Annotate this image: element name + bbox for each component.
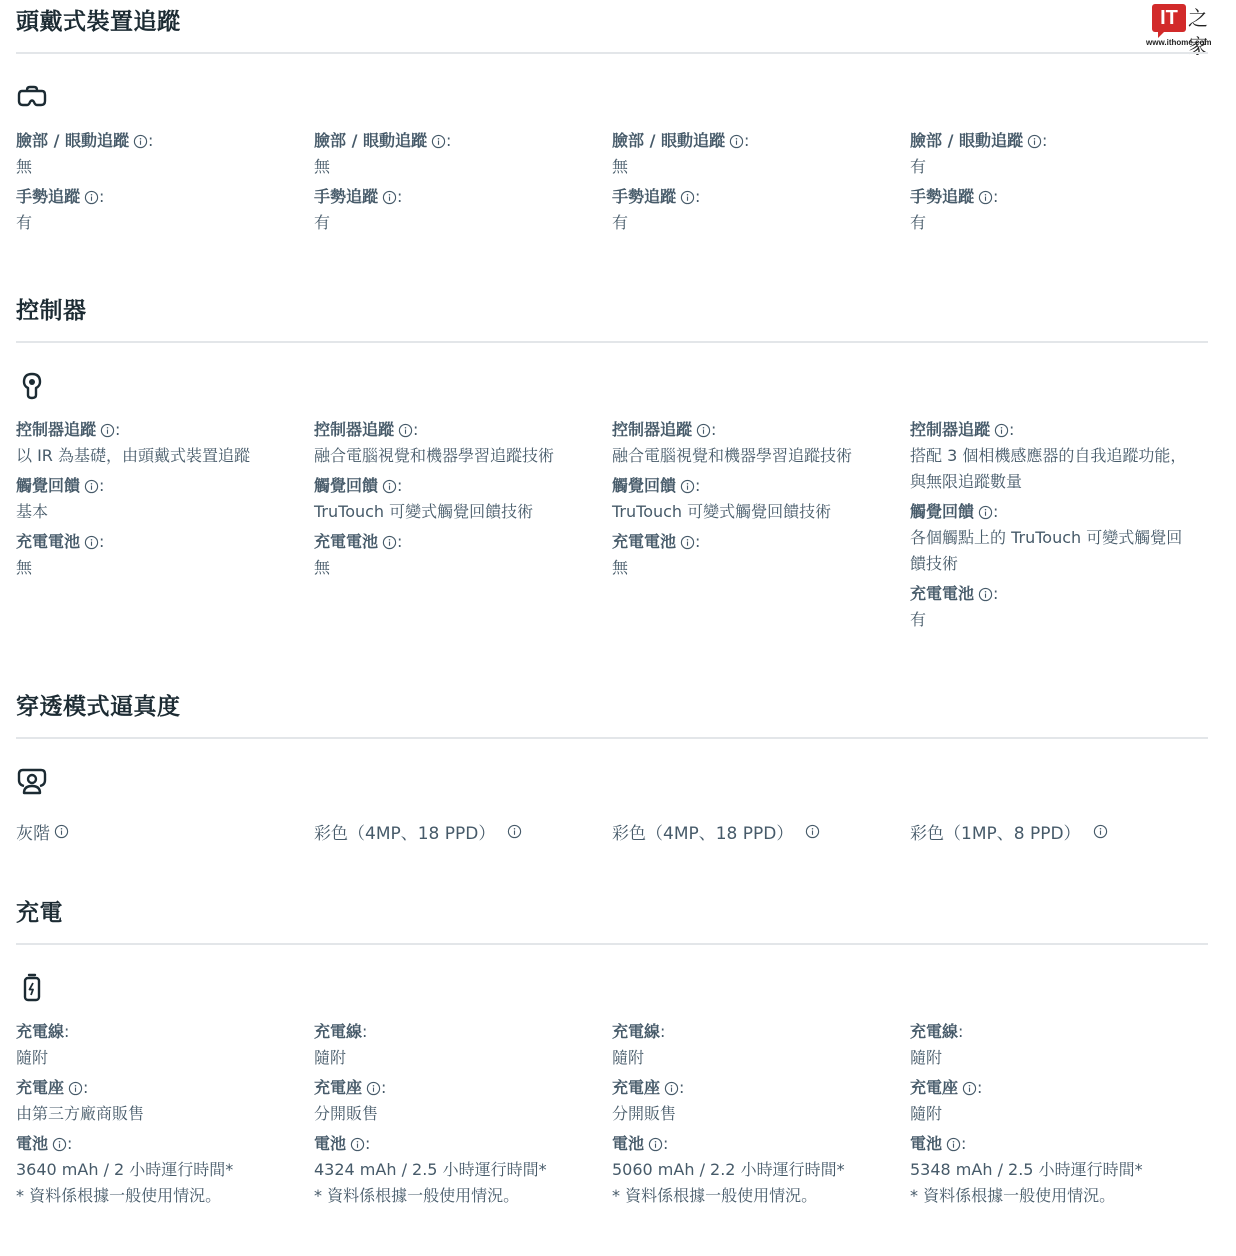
spec-label: 充電線: [612, 1019, 890, 1045]
spec-value: 無 [612, 154, 890, 180]
spec-label: 充電電池: [612, 529, 890, 555]
info-icon[interactable] [84, 479, 99, 494]
spec-value: 隨附 [314, 1045, 592, 1071]
divider [16, 341, 1208, 343]
spec-label: 手勢追蹤: [612, 184, 890, 210]
info-icon[interactable] [805, 824, 820, 839]
passthrough-value: 彩色（4MP、18 PPD） [314, 819, 612, 844]
spec-value: 有 [910, 210, 1188, 236]
spec-label: 控制器追蹤: [910, 417, 1188, 443]
headset-column: 臉部 / 眼動追蹤: 無 手勢追蹤: 有 [612, 128, 910, 240]
info-icon[interactable] [350, 1137, 365, 1152]
spec-label: 電池: [910, 1131, 1188, 1157]
spec-label: 充電線: [314, 1019, 592, 1045]
spec-value: 無 [314, 154, 592, 180]
controller-column: 控制器追蹤: 以 IR 為基礎，由頭戴式裝置追蹤 觸覺回饋: 基本 充電電池: … [16, 417, 314, 637]
spec-value: 5348 mAh / 2.5 小時運行時間* [910, 1157, 1188, 1183]
footnote: * 資料係根據一般使用情況。 [612, 1183, 890, 1209]
spec-value: 搭配 3 個相機感應器的自我追蹤功能，與無限追蹤數量 [910, 443, 1188, 495]
spec-label: 控制器追蹤: [16, 417, 294, 443]
info-icon[interactable] [994, 423, 1009, 438]
spec-label: 手勢追蹤: [910, 184, 1188, 210]
spec-value: 有 [16, 210, 294, 236]
spec-label: 充電電池: [16, 529, 294, 555]
spec-label: 電池: [314, 1131, 592, 1157]
section-title: 充電 [16, 895, 1208, 931]
info-icon[interactable] [382, 479, 397, 494]
spec-value: 無 [314, 555, 592, 581]
spec-label: 臉部 / 眼動追蹤: [16, 128, 294, 154]
info-icon[interactable] [680, 535, 695, 550]
spec-label: 手勢追蹤: [16, 184, 294, 210]
spec-label: 充電座: [16, 1075, 294, 1101]
spec-label: 觸覺回饋: [612, 473, 890, 499]
info-icon[interactable] [978, 587, 993, 602]
info-icon[interactable] [100, 423, 115, 438]
headset-column: 臉部 / 眼動追蹤: 無 手勢追蹤: 有 [314, 128, 612, 240]
spec-label: 充電座: [314, 1075, 592, 1101]
charging-column: 充電線: 隨附 充電座: 由第三方廠商販售 電池: 3640 mAh / 2 小… [16, 1019, 314, 1209]
spec-label: 臉部 / 眼動追蹤: [910, 128, 1188, 154]
section-title: 穿透模式逼真度 [16, 689, 1208, 725]
spec-label: 臉部 / 眼動追蹤: [314, 128, 592, 154]
info-icon[interactable] [382, 190, 397, 205]
divider [16, 52, 1208, 54]
spec-value: 基本 [16, 499, 294, 525]
spec-value: 由第三方廠商販售 [16, 1101, 294, 1127]
info-icon[interactable] [382, 535, 397, 550]
info-icon[interactable] [696, 423, 711, 438]
passthrough-values: 灰階 彩色（4MP、18 PPD） 彩色（4MP、18 PPD） 彩色（1MP、… [16, 819, 1208, 844]
info-icon[interactable] [398, 423, 413, 438]
charging-column: 充電線: 隨附 充電座: 分開販售 電池: 5060 mAh / 2.2 小時運… [612, 1019, 910, 1209]
passthrough-value: 灰階 [16, 819, 314, 844]
info-icon[interactable] [978, 190, 993, 205]
spec-value: 3640 mAh / 2 小時運行時間* [16, 1157, 294, 1183]
section-passthrough: 穿透模式逼真度 灰階 彩色（4MP、18 PPD） 彩色（4MP、18 PPD）… [16, 689, 1208, 844]
spec-label: 手勢追蹤: [314, 184, 592, 210]
divider [16, 943, 1208, 945]
spec-label: 充電線: [910, 1019, 1188, 1045]
section-headset-tracking: 頭戴式裝置追蹤 臉部 / 眼動追蹤: 無 手勢追蹤: 有 臉部 / 眼動追蹤: … [16, 4, 1208, 240]
spec-value: 隨附 [910, 1101, 1188, 1127]
spec-value: 各個觸點上的 TruTouch 可變式觸覺回饋技術 [910, 525, 1188, 577]
spec-value: 有 [612, 210, 890, 236]
spec-value: 無 [612, 555, 890, 581]
info-icon[interactable] [68, 1081, 83, 1096]
spec-value: 隨附 [16, 1045, 294, 1071]
info-icon[interactable] [84, 190, 99, 205]
footnote: * 資料係根據一般使用情況。 [910, 1183, 1188, 1209]
spec-value: 無 [16, 555, 294, 581]
info-icon[interactable] [962, 1081, 977, 1096]
vr-headset-icon [16, 80, 48, 112]
spec-label: 觸覺回饋: [314, 473, 592, 499]
spec-value: 融合電腦視覺和機器學習追蹤技術 [612, 443, 890, 469]
controller-column: 控制器追蹤: 搭配 3 個相機感應器的自我追蹤功能，與無限追蹤數量 觸覺回饋: … [910, 417, 1208, 637]
section-title: 頭戴式裝置追蹤 [16, 4, 1208, 40]
spec-value: 5060 mAh / 2.2 小時運行時間* [612, 1157, 890, 1183]
info-icon[interactable] [978, 505, 993, 520]
spec-value: 分開販售 [314, 1101, 592, 1127]
spec-value: 有 [910, 607, 1188, 633]
spec-label: 臉部 / 眼動追蹤: [612, 128, 890, 154]
info-icon[interactable] [133, 134, 148, 149]
footnote: * 資料係根據一般使用情況。 [314, 1183, 592, 1209]
spec-label: 電池: [612, 1131, 890, 1157]
info-icon[interactable] [54, 824, 69, 839]
spec-value: 無 [16, 154, 294, 180]
charging-columns: 充電線: 隨附 充電座: 由第三方廠商販售 電池: 3640 mAh / 2 小… [16, 1019, 1208, 1209]
spec-value: 分開販售 [612, 1101, 890, 1127]
spec-label: 觸覺回饋: [16, 473, 294, 499]
info-icon[interactable] [680, 190, 695, 205]
controller-column: 控制器追蹤: 融合電腦視覺和機器學習追蹤技術 觸覺回饋: TruTouch 可變… [314, 417, 612, 637]
spec-value: TruTouch 可變式觸覺回饋技術 [612, 499, 890, 525]
info-icon[interactable] [729, 134, 744, 149]
spec-label: 充電電池: [910, 581, 1188, 607]
controller-columns: 控制器追蹤: 以 IR 為基礎，由頭戴式裝置追蹤 觸覺回饋: 基本 充電電池: … [16, 417, 1208, 637]
info-icon[interactable] [680, 479, 695, 494]
info-icon[interactable] [648, 1137, 663, 1152]
info-icon[interactable] [1093, 824, 1108, 839]
battery-charging-icon [16, 971, 48, 1003]
headset-column: 臉部 / 眼動追蹤: 無 手勢追蹤: 有 [16, 128, 314, 240]
info-icon[interactable] [366, 1081, 381, 1096]
info-icon[interactable] [946, 1137, 961, 1152]
divider [16, 737, 1208, 739]
spec-value: TruTouch 可變式觸覺回饋技術 [314, 499, 592, 525]
info-icon[interactable] [431, 134, 446, 149]
spec-label: 充電座: [910, 1075, 1188, 1101]
spec-value: 以 IR 為基礎，由頭戴式裝置追蹤 [16, 443, 294, 469]
charging-column: 充電線: 隨附 充電座: 隨附 電池: 5348 mAh / 2.5 小時運行時… [910, 1019, 1208, 1209]
spec-label: 電池: [16, 1131, 294, 1157]
spec-value: 隨附 [612, 1045, 890, 1071]
section-charging: 充電 充電線: 隨附 充電座: 由第三方廠商販售 電池: 3640 mAh / … [16, 895, 1208, 1209]
info-icon[interactable] [84, 535, 99, 550]
spec-label: 控制器追蹤: [612, 417, 890, 443]
footnote: * 資料係根據一般使用情況。 [16, 1183, 294, 1209]
spec-label: 控制器追蹤: [314, 417, 592, 443]
spec-value: 有 [910, 154, 1188, 180]
spec-label: 充電座: [612, 1075, 890, 1101]
spec-value: 有 [314, 210, 592, 236]
passthrough-person-icon [16, 765, 48, 797]
spec-value: 4324 mAh / 2.5 小時運行時間* [314, 1157, 592, 1183]
info-icon[interactable] [664, 1081, 679, 1096]
controller-column: 控制器追蹤: 融合電腦視覺和機器學習追蹤技術 觸覺回饋: TruTouch 可變… [612, 417, 910, 637]
spec-value: 隨附 [910, 1045, 1188, 1071]
spec-label: 充電線: [16, 1019, 294, 1045]
info-icon[interactable] [507, 824, 522, 839]
charging-column: 充電線: 隨附 充電座: 分開販售 電池: 4324 mAh / 2.5 小時運… [314, 1019, 612, 1209]
headset-tracking-columns: 臉部 / 眼動追蹤: 無 手勢追蹤: 有 臉部 / 眼動追蹤: 無 手勢追蹤: … [16, 128, 1208, 240]
spec-value: 融合電腦視覺和機器學習追蹤技術 [314, 443, 592, 469]
headset-column: 臉部 / 眼動追蹤: 有 手勢追蹤: 有 [910, 128, 1208, 240]
spec-label: 充電電池: [314, 529, 592, 555]
section-title: 控制器 [16, 293, 1208, 329]
passthrough-value: 彩色（1MP、8 PPD） [910, 819, 1208, 844]
passthrough-value: 彩色（4MP、18 PPD） [612, 819, 910, 844]
controller-icon [16, 369, 48, 401]
info-icon[interactable] [1027, 134, 1042, 149]
section-controllers: 控制器 控制器追蹤: 以 IR 為基礎，由頭戴式裝置追蹤 觸覺回饋: 基本 充電… [16, 293, 1208, 637]
info-icon[interactable] [52, 1137, 67, 1152]
spec-label: 觸覺回饋: [910, 499, 1188, 525]
